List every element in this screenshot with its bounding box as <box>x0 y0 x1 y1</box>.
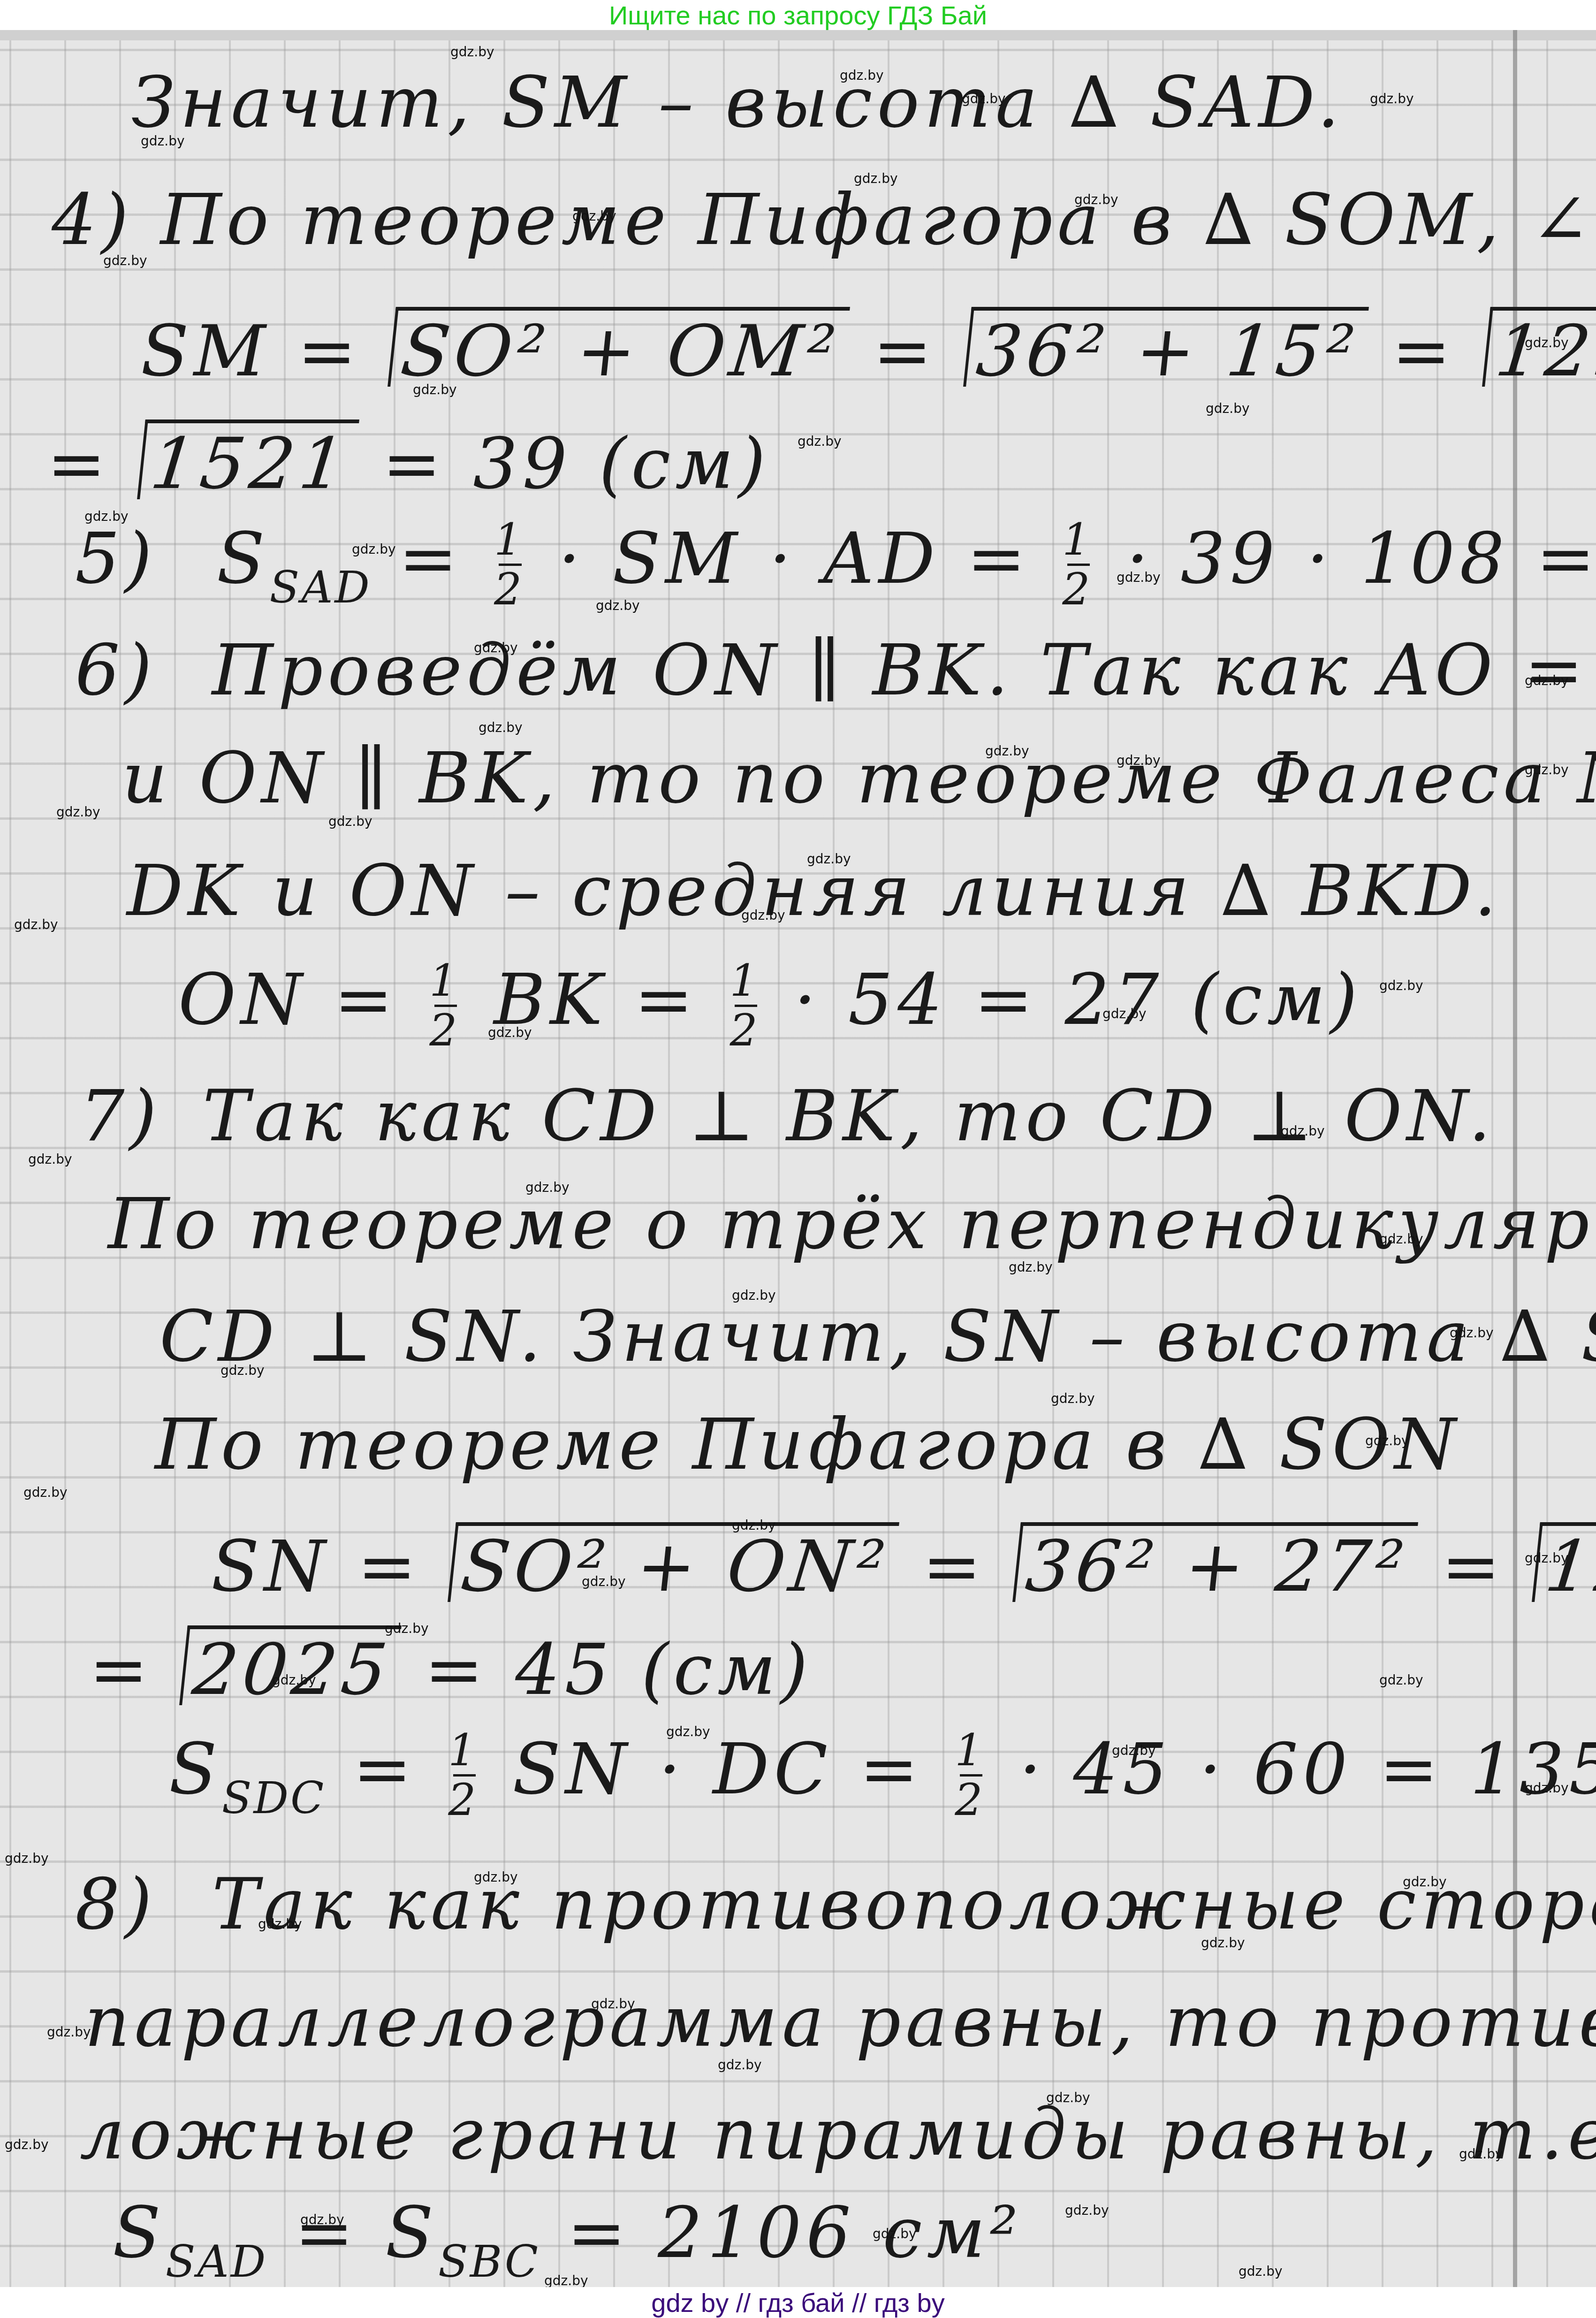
step-6-number: 6) <box>75 630 157 711</box>
watermark-text: gdz.by <box>141 133 185 149</box>
solution-line-conclusion-sm: Значит, SM – высота ∆ SAD. <box>131 68 1344 138</box>
watermark-text: gdz.by <box>1009 1259 1053 1275</box>
denominator: 2 <box>494 568 526 611</box>
notebook-page: Значит, SM – высота ∆ SAD. 4) По теореме… <box>0 30 1596 2287</box>
step-6-equation: ON = 12 BK = 12 · 54 = 27 (см) <box>178 959 1362 1052</box>
eq-lhs: SN = <box>211 1526 421 1608</box>
step-8-line-1: 8) Так как противоположные стороны <box>75 1869 1596 1940</box>
sqrt-expression: SO² + ON² <box>448 1522 899 1602</box>
step-4-heading: 4) По теореме Пифагора в ∆ SOM, ∠SOM = 9… <box>52 185 1596 255</box>
numerator: 1 <box>494 518 526 562</box>
step-7-number: 7) <box>80 1075 161 1157</box>
eq-middle: SN · DC = <box>512 1729 923 1810</box>
top-banner-text: Ищите нас по запросу ГДЗ Бай <box>609 0 987 30</box>
eq-result: = 45 (см) <box>425 1629 813 1711</box>
fraction: 12 <box>1062 518 1094 611</box>
area-subscript: SAD <box>269 562 371 613</box>
step-7-line-2: По теореме о трёх перпендикулярах <box>108 1189 1596 1259</box>
watermark-text: gdz.by <box>1525 762 1569 778</box>
numerator: 1 <box>955 1729 987 1772</box>
sqrt-content: 36² + 15² <box>973 311 1363 392</box>
denominator: 2 <box>1062 568 1094 611</box>
fraction: 12 <box>955 1729 987 1822</box>
equals: = <box>89 1629 153 1711</box>
equals: = <box>1392 311 1456 392</box>
numerator: 1 <box>429 959 462 1003</box>
watermark-text: gdz.by <box>413 382 457 397</box>
watermark-text: gdz.by <box>385 1621 429 1636</box>
numerator: 1 <box>730 959 762 1003</box>
step-8-line-3: ложные грани пирамиды равны, т.е. <box>80 2099 1596 2170</box>
watermark-text: gdz.by <box>666 1724 710 1739</box>
watermark-text: gdz.by <box>1117 570 1161 585</box>
watermark-text: gdz.by <box>474 640 518 656</box>
watermark-text: gdz.by <box>1117 753 1161 768</box>
watermark-text: gdz.by <box>544 2273 588 2288</box>
equals: = <box>399 518 463 600</box>
sqrt-content: 1296 + 225 <box>1492 311 1596 392</box>
page-edge <box>0 30 1596 40</box>
watermark-text: gdz.by <box>488 1025 532 1040</box>
watermark-text: gdz.by <box>798 434 842 449</box>
watermark-text: gdz.by <box>1525 1550 1569 1566</box>
watermark-text: gdz.by <box>572 208 616 224</box>
watermark-text: gdz.by <box>854 171 898 186</box>
sqrt-expression: SO² + OM² <box>388 307 850 387</box>
watermark-text: gdz.by <box>1201 1935 1245 1951</box>
watermark-text: gdz.by <box>840 68 884 83</box>
step-4-equation: SM = SO² + OM² = 36² + 15² = 1296 + 225 … <box>141 307 1596 387</box>
watermark-text: gdz.by <box>1403 1874 1447 1890</box>
watermark-text: gdz.by <box>328 814 372 829</box>
step-6-line-1: 6) Проведём ON ∥ BK. Так как AO = OC <box>75 635 1596 706</box>
denominator: 2 <box>730 1009 762 1052</box>
step-7-text: Так как CD ⊥ BK, то CD ⊥ ON. <box>203 1075 1496 1157</box>
watermark-text: gdz.by <box>5 2137 49 2152</box>
fraction: 12 <box>448 1729 480 1822</box>
area-symbol: S <box>217 518 270 600</box>
eq-middle: · SM · AD = <box>558 518 1031 600</box>
sqrt-content: SO² + ON² <box>457 1526 894 1608</box>
watermark-text: gdz.by <box>352 541 396 557</box>
sqrt-expression: 2025 <box>179 1625 402 1705</box>
watermark-text: gdz.by <box>84 509 129 524</box>
watermark-text: gdz.by <box>1525 673 1569 688</box>
step-7-line-4: По теореме Пифагора в ∆ SON <box>155 1410 1461 1480</box>
equals: = <box>1441 1526 1505 1608</box>
area-subscript: SBC <box>438 2236 540 2287</box>
watermark-text: gdz.by <box>1065 2203 1109 2218</box>
area-subscript: SDC <box>222 1773 326 1823</box>
step-7-line-1: 7) Так как CD ⊥ BK, то CD ⊥ ON. <box>80 1081 1496 1151</box>
denominator: 2 <box>955 1778 987 1822</box>
watermark-text: gdz.by <box>1525 1780 1569 1796</box>
equals: = <box>47 423 111 505</box>
watermark-text: gdz.by <box>732 1288 776 1303</box>
denominator: 2 <box>448 1778 480 1822</box>
watermark-text: gdz.by <box>300 2212 344 2227</box>
watermark-text: gdz.by <box>1239 2264 1283 2279</box>
sqrt-expression: 1521 <box>137 419 359 499</box>
watermark-text: gdz.by <box>1074 192 1118 207</box>
watermark-text: gdz.by <box>272 1672 316 1688</box>
equals: = <box>873 311 937 392</box>
numerator: 1 <box>1062 518 1094 562</box>
watermark-text: gdz.by <box>1112 1743 1156 1758</box>
sqrt-expression: 36² + 27² <box>1012 1522 1418 1602</box>
top-banner: Ищите нас по запросу ГДЗ Бай <box>0 0 1596 30</box>
watermark-text: gdz.by <box>1051 1391 1095 1406</box>
watermark-text: gdz.by <box>1365 1433 1409 1449</box>
watermark-text: gdz.by <box>14 917 58 932</box>
eq-lhs: ON = <box>178 959 398 1041</box>
sqrt-content: SO² + OM² <box>397 311 844 392</box>
step-8-text: Так как противоположные стороны <box>212 1864 1596 1945</box>
sqrt-content: 1521 <box>147 423 353 505</box>
bottom-banner: gdz by // гдз бай // гдз by <box>0 2287 1596 2318</box>
eq-result: · 54 = 27 (см) <box>794 959 1362 1041</box>
equals: = <box>353 1729 417 1810</box>
watermark-text: gdz.by <box>596 598 640 613</box>
watermark-text: gdz.by <box>732 1517 776 1533</box>
watermark-text: gdz.by <box>1459 2146 1503 2162</box>
step-8-number: 8) <box>75 1864 157 1945</box>
equals: = <box>922 1526 986 1608</box>
eq-result: · 45 · 60 = 1350 (см²) <box>1019 1729 1596 1810</box>
watermark-text: gdz.by <box>56 804 100 820</box>
step-4-text: По теореме Пифагора в ∆ SOM, ∠SOM = 90° <box>160 179 1596 261</box>
area-subscript: SAD <box>166 2236 267 2287</box>
denominator: 2 <box>429 1009 462 1052</box>
watermark-text: gdz.by <box>741 907 785 923</box>
watermark-text: gdz.by <box>1281 1123 1325 1139</box>
fraction: 12 <box>429 959 462 1052</box>
step-6-line-2: и ON ∥ BK, то по теореме Фалеса N – сере… <box>122 743 1596 814</box>
watermark-text: gdz.by <box>1102 1006 1147 1022</box>
step-8-line-2: параллелограмма равны, то противопо- <box>84 1987 1596 2057</box>
watermark-text: gdz.by <box>5 1851 49 1866</box>
watermark-text: gdz.by <box>450 44 494 60</box>
eq-result: · 39 · 108 = 2106 (см²) <box>1126 518 1596 600</box>
eq-lhs: SM = <box>141 311 361 392</box>
sqrt-expression: 36² + 15² <box>963 307 1369 387</box>
step-7-result: = 2025 = 45 (см) <box>89 1625 813 1705</box>
step-5-number: 5) <box>75 518 157 600</box>
watermark-text: gdz.by <box>479 720 523 735</box>
watermark-text: gdz.by <box>1206 401 1250 416</box>
step-7-equation: SN = SO² + ON² = 36² + 27² = 1296 + 729 … <box>211 1522 1596 1602</box>
watermark-text: gdz.by <box>1379 1231 1423 1247</box>
step-7-area: SSDC = 12 SN · DC = 12 · 45 · 60 = 1350 … <box>169 1729 1596 1822</box>
watermark-text: gdz.by <box>591 1996 635 2012</box>
watermark-text: gdz.by <box>985 743 1029 759</box>
watermark-text: gdz.by <box>258 1916 302 1932</box>
watermark-text: gdz.by <box>1450 1325 1494 1341</box>
step-4-number: 4) <box>52 179 133 261</box>
watermark-text: gdz.by <box>1046 2090 1090 2105</box>
watermark-text: gdz.by <box>962 91 1006 107</box>
watermark-text: gdz.by <box>582 1574 626 1589</box>
area-symbol: S <box>169 1729 222 1810</box>
watermark-text: gdz.by <box>28 1151 72 1167</box>
watermark-text: gdz.by <box>525 1180 570 1195</box>
sqrt-content: 36² + 27² <box>1022 1526 1412 1608</box>
sqrt-content: 1296 + 729 <box>1541 1526 1596 1608</box>
watermark-text: gdz.by <box>718 2057 762 2073</box>
area-symbol: S <box>113 2192 166 2274</box>
bottom-banner-text: gdz by // гдз бай // гдз by <box>651 2287 944 2318</box>
eq-result: = 2106 см² <box>567 2192 1023 2274</box>
step-6-text: Проведём ON ∥ BK. Так как AO = OC <box>212 630 1596 711</box>
step-7-line-3: CD ⊥ SN. Значит, SN – высота ∆ SDC <box>160 1302 1596 1372</box>
sqrt-content: 2025 <box>189 1629 395 1711</box>
watermark-text: gdz.by <box>1370 91 1414 107</box>
numerator: 1 <box>448 1729 480 1772</box>
fraction: 12 <box>730 959 762 1052</box>
watermark-text: gdz.by <box>1525 335 1569 351</box>
watermark-text: gdz.by <box>47 2024 91 2040</box>
watermark-text: gdz.by <box>103 253 147 268</box>
step-4-result: = 1521 = 39 (см) <box>47 419 770 499</box>
watermark-text: gdz.by <box>873 2226 917 2242</box>
watermark-text: gdz.by <box>23 1485 68 1500</box>
fraction: 12 <box>494 518 526 611</box>
watermark-text: gdz.by <box>807 851 851 867</box>
equals: = <box>295 2192 358 2274</box>
watermark-text: gdz.by <box>1379 1672 1423 1688</box>
watermark-text: gdz.by <box>474 1869 518 1885</box>
eq-result: = 39 (см) <box>382 423 770 505</box>
area-symbol: S <box>385 2192 438 2274</box>
step-5-equation: 5) SSAD = 12 · SM · AD = 12 · 39 · 108 =… <box>75 518 1596 611</box>
watermark-text: gdz.by <box>1379 978 1423 993</box>
watermark-text: gdz.by <box>220 1363 265 1378</box>
